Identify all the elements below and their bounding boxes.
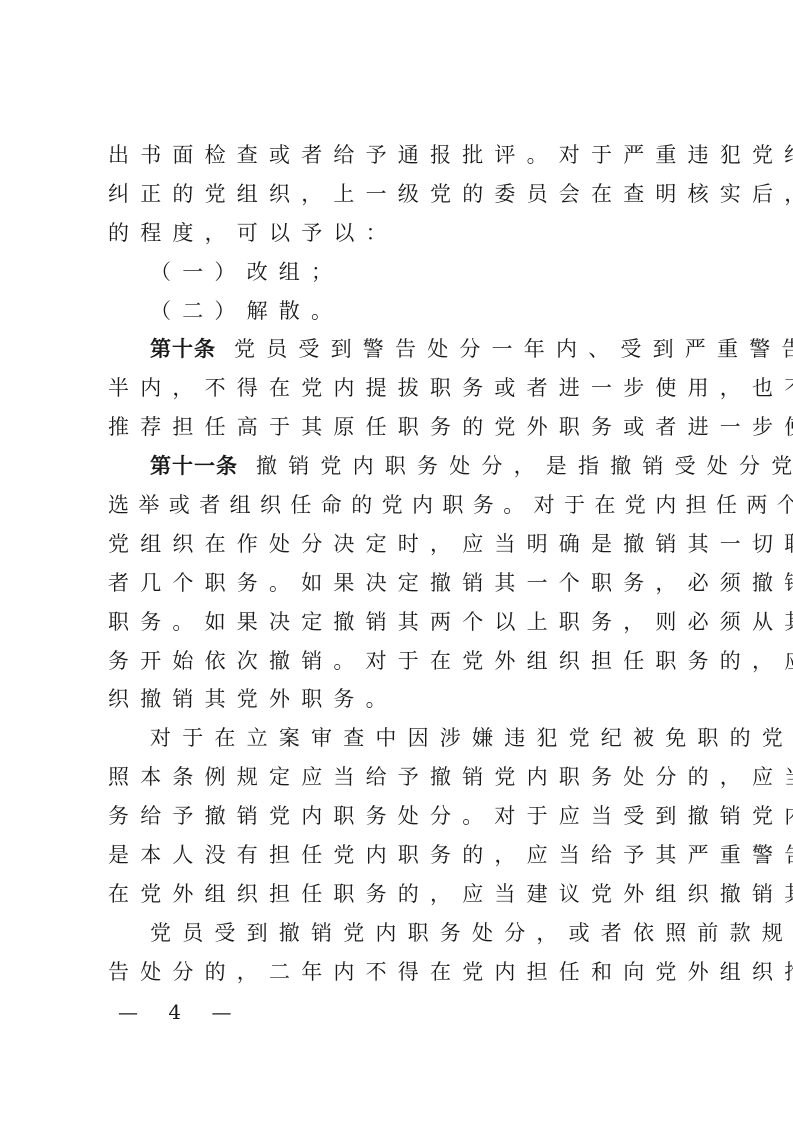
list-item-reorganize: （一）改组；: [108, 253, 694, 292]
text-line: 告处分的，二年内不得在党内担任和向党外组织推荐担任与其原: [108, 953, 694, 992]
article-10-text: 党员受到警告处分一年内、受到严重警告处分一年: [234, 337, 793, 361]
paragraph-first-line: 对于在立案审查中因涉嫌违犯党纪被免职的党员，审查后依: [108, 719, 694, 758]
article-11-first-line: 第十一条撤销党内职务处分，是指撤销受处分党员由党内: [108, 447, 694, 486]
text-line: 织撤销其党外职务。: [108, 680, 694, 719]
article-10-first-line: 第十条党员受到警告处分一年内、受到严重警告处分一年: [108, 330, 694, 369]
article-10-heading: 第十条: [150, 337, 216, 361]
text-line: 党组织在作处分决定时，应当明确是撤销其一切职务还是一个或: [108, 525, 694, 564]
list-item-dissolve: （二）解散。: [108, 292, 694, 331]
text-line: 务给予撤销党内职务处分。对于应当受到撤销党内职务处分，但: [108, 797, 694, 836]
text-line: 在党外组织担任职务的，应当建议党外组织撤销其党外职务。: [108, 875, 694, 914]
document-page: 出书面检查或者给予通报批评。对于严重违犯党纪、本身又不能 纠正的党组织，上一级党…: [108, 136, 694, 992]
text-line: 职务。如果决定撤销其两个以上职务，则必须从其担任的最高职: [108, 603, 694, 642]
text-line: 出书面检查或者给予通报批评。对于严重违犯党纪、本身又不能: [108, 136, 694, 175]
text-line: 半内，不得在党内提拔职务或者进一步使用，也不得向党外组织: [108, 369, 694, 408]
text-line: 务开始依次撤销。对于在党外组织担任职务的，应当建议党外组: [108, 642, 694, 681]
text-line: 推荐担任高于其原任职务的党外职务或者进一步使用。: [108, 408, 694, 447]
paragraph-first-line: 党员受到撤销党内职务处分，或者依照前款规定受到严重警: [108, 914, 694, 953]
text-line: 选举或者组织任命的党内职务。对于在党内担任两个以上职务的，: [108, 486, 694, 525]
article-11-heading: 第十一条: [150, 454, 238, 478]
text-line: 是本人没有担任党内职务的，应当给予其严重警告处分。同时，: [108, 836, 694, 875]
article-11-text: 撤销党内职务处分，是指撤销受处分党员由党内: [256, 454, 793, 478]
text-line: 者几个职务。如果决定撤销其一个职务，必须撤销其担任的最高: [108, 564, 694, 603]
text-line: 照本条例规定应当给予撤销党内职务处分的，应当按照其原任职: [108, 758, 694, 797]
text-line: 纠正的党组织，上一级党的委员会在查明核实后，根据情节严重: [108, 175, 694, 214]
text-line: 的程度，可以予以：: [108, 214, 694, 253]
page-number: — 4 —: [118, 1000, 243, 1024]
